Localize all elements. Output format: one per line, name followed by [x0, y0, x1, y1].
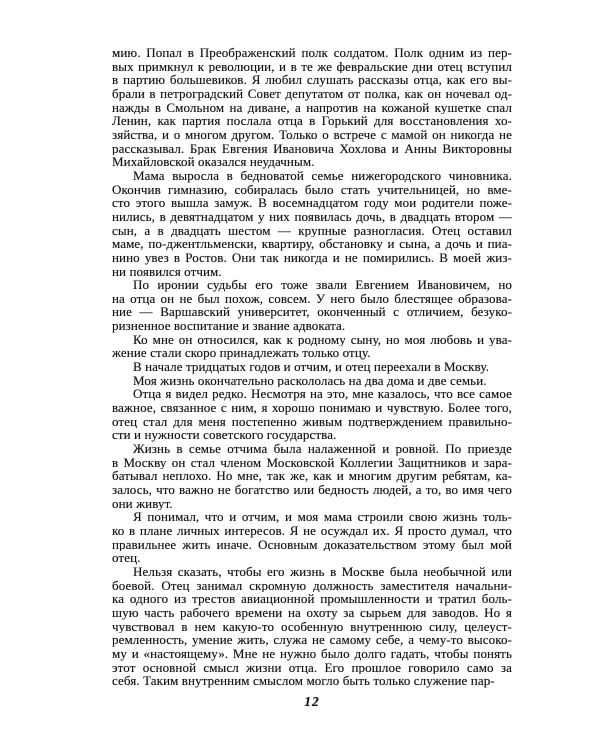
- text-line: ние — Варшавский университет, оконченный…: [112, 305, 512, 319]
- text-line: Моя жизнь окончательно раскололась на дв…: [112, 374, 512, 388]
- text-line: вых примкнул к революции, и в те же февр…: [112, 60, 512, 74]
- text-line: Мама выросла в бедноватой семье нижегоро…: [112, 169, 512, 183]
- page-number: 12: [112, 694, 512, 710]
- text-line: Ко мне он относился, как к родному сыну,…: [112, 333, 512, 347]
- text-line: важное, связанное с ним, я хорошо понима…: [112, 401, 512, 415]
- text-line: ни появился отчим.: [112, 265, 512, 279]
- text-line: боевой. Отец занимал скромную должность …: [112, 579, 512, 593]
- paragraph: Нельзя сказать, чтобы его жизнь в Москве…: [112, 565, 512, 688]
- paragraph: Я понимал, что и отчим, и моя мама строи…: [112, 510, 512, 565]
- paragraph: Мама выросла в бедноватой семье нижегоро…: [112, 169, 512, 278]
- text-line: Жизнь в семье отчима была налаженной и р…: [112, 442, 512, 456]
- text-line: залось, что важно не богатство или бедно…: [112, 483, 512, 497]
- paragraph: Ко мне он относился, как к родному сыну,…: [112, 333, 512, 360]
- text-line: ка одного из трестов авиационной промышл…: [112, 592, 512, 606]
- text-line: ризненное воспитание и звание адвоката.: [112, 319, 512, 333]
- paragraph: По иронии судьбы его тоже звали Евгением…: [112, 278, 512, 333]
- text-line: маме, по-джентльменски, квартиру, обстан…: [112, 237, 512, 251]
- text-line: нажды в Смольном на диване, а напротив н…: [112, 101, 512, 115]
- paragraph: Моя жизнь окончательно раскололась на дв…: [112, 374, 512, 388]
- text-line: сто этого вышла замуж. В восемнадцатом г…: [112, 196, 512, 210]
- text-line: брали в петроградский Совет депутатом от…: [112, 87, 512, 101]
- text-block: мию. Попал в Преображенский полк солдато…: [112, 46, 512, 688]
- text-line: шую часть рабочего времени на охоту за с…: [112, 606, 512, 620]
- book-page: мию. Попал в Преображенский полк солдато…: [0, 0, 600, 750]
- text-line: правильнее жить иначе. Основным доказате…: [112, 538, 512, 552]
- text-line: В начале тридцатых годов и отчим, и отец…: [112, 360, 512, 374]
- text-line: отец стал для меня постепенно живым подт…: [112, 415, 512, 429]
- text-line: сти и нужности советского государства.: [112, 428, 512, 442]
- text-line: мию. Попал в Преображенский полк солдато…: [112, 46, 512, 60]
- text-line: этот основной смысл жизни отца. Его прош…: [112, 661, 512, 675]
- text-line: жение стали скоро принадлежать только от…: [112, 346, 512, 360]
- text-line: рассказывал. Брак Евгения Ивановича Хохл…: [112, 142, 512, 156]
- text-line: Ленин, как партия послала отца в Горький…: [112, 114, 512, 128]
- text-line: Я понимал, что и отчим, и моя мама строи…: [112, 510, 512, 524]
- text-line: в Москву он стал членом Московской Колле…: [112, 456, 512, 470]
- text-line: По иронии судьбы его тоже звали Евгением…: [112, 278, 512, 292]
- text-line: Нельзя сказать, чтобы его жизнь в Москве…: [112, 565, 512, 579]
- text-line: нились, в девятнадцатом у них появилась …: [112, 210, 512, 224]
- text-line: они живут.: [112, 497, 512, 511]
- paragraph: мию. Попал в Преображенский полк солдато…: [112, 46, 512, 169]
- text-line: в партию большевиков. Я любил слушать ра…: [112, 73, 512, 87]
- paragraph: В начале тридцатых годов и отчим, и отец…: [112, 360, 512, 374]
- text-line: ремленность, умение жить, служа не самом…: [112, 633, 512, 647]
- text-line: чувствовал в нем какую-то особенную внут…: [112, 620, 512, 634]
- text-line: му и «настоящему». Мне не нужно было дол…: [112, 647, 512, 661]
- text-line: батывал неплохо. Но мне, так же, как и м…: [112, 469, 512, 483]
- paragraph: Отца я видел редко. Несмотря на это, мне…: [112, 387, 512, 442]
- text-line: зяйства, и о многом другом. Только о вст…: [112, 128, 512, 142]
- text-line: ко в плане личных интересов. Я не осужда…: [112, 524, 512, 538]
- text-line: отец.: [112, 551, 512, 565]
- text-line: нино увез в Ростов. Они так никогда и не…: [112, 251, 512, 265]
- text-line: сын, а в двадцать шестом — крупные разно…: [112, 224, 512, 238]
- text-line: Отца я видел редко. Несмотря на это, мне…: [112, 387, 512, 401]
- text-line: на отца он не был похож, совсем. У него …: [112, 292, 512, 306]
- text-line: Окончив гимназию, собиралась было стать …: [112, 183, 512, 197]
- text-line: Михайловской оказался неудачным.: [112, 155, 512, 169]
- text-line: себя. Таким внутренним смыслом могло быт…: [112, 674, 512, 688]
- paragraph: Жизнь в семье отчима была налаженной и р…: [112, 442, 512, 510]
